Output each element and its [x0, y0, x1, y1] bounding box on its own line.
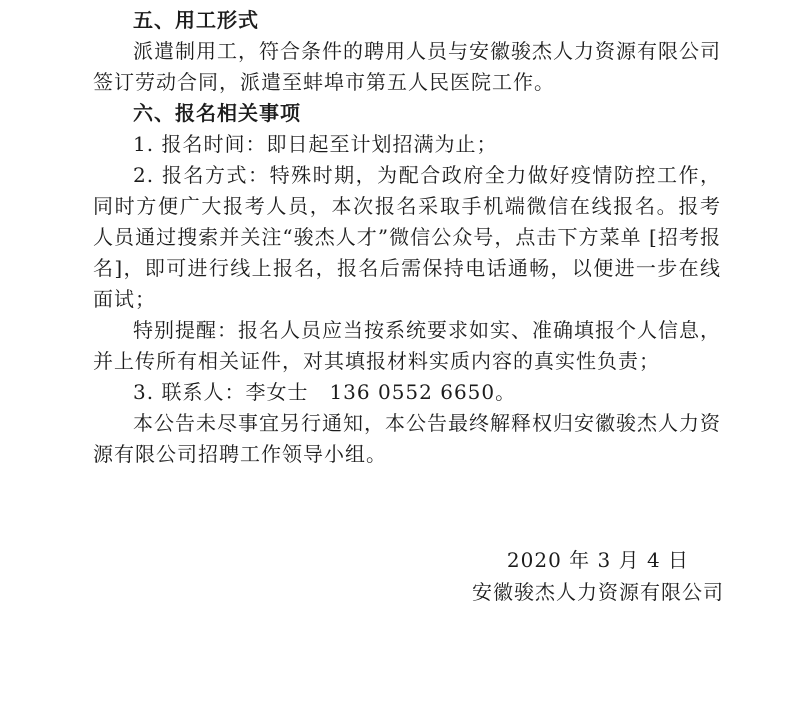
paragraph-contact-person: 3. 联系人：李女士 136 0552 6650。: [93, 377, 721, 408]
section-heading-registration-matters: 六、报名相关事项: [93, 98, 721, 129]
document-page: 五、用工形式 派遣制用工，符合条件的聘用人员与安徽骏杰人力资源有限公司签订劳动合…: [0, 0, 800, 709]
paragraph-final-interpretation: 本公告未尽事宜另行通知，本公告最终解释权归安徽骏杰人力资源有限公司招聘工作领导小…: [93, 408, 721, 470]
signoff-company: 安徽骏杰人力资源有限公司: [438, 576, 758, 608]
paragraph-registration-method: 2. 报名方式：特殊时期，为配合政府全力做好疫情防控工作，同时方便广大报考人员，…: [93, 160, 721, 315]
signoff-block: 2020 年 3 月 4 日 安徽骏杰人力资源有限公司: [438, 544, 758, 608]
paragraph-special-reminder: 特别提醒：报名人员应当按系统要求如实、准确填报个人信息，并上传所有相关证件，对其…: [93, 315, 721, 377]
signoff-date: 2020 年 3 月 4 日: [438, 544, 758, 576]
paragraph-registration-time: 1. 报名时间：即日起至计划招满为止；: [93, 129, 721, 160]
paragraph-employment-form: 派遣制用工，符合条件的聘用人员与安徽骏杰人力资源有限公司签订劳动合同，派遣至蚌埠…: [93, 36, 721, 98]
section-heading-employment-form: 五、用工形式: [93, 5, 721, 36]
